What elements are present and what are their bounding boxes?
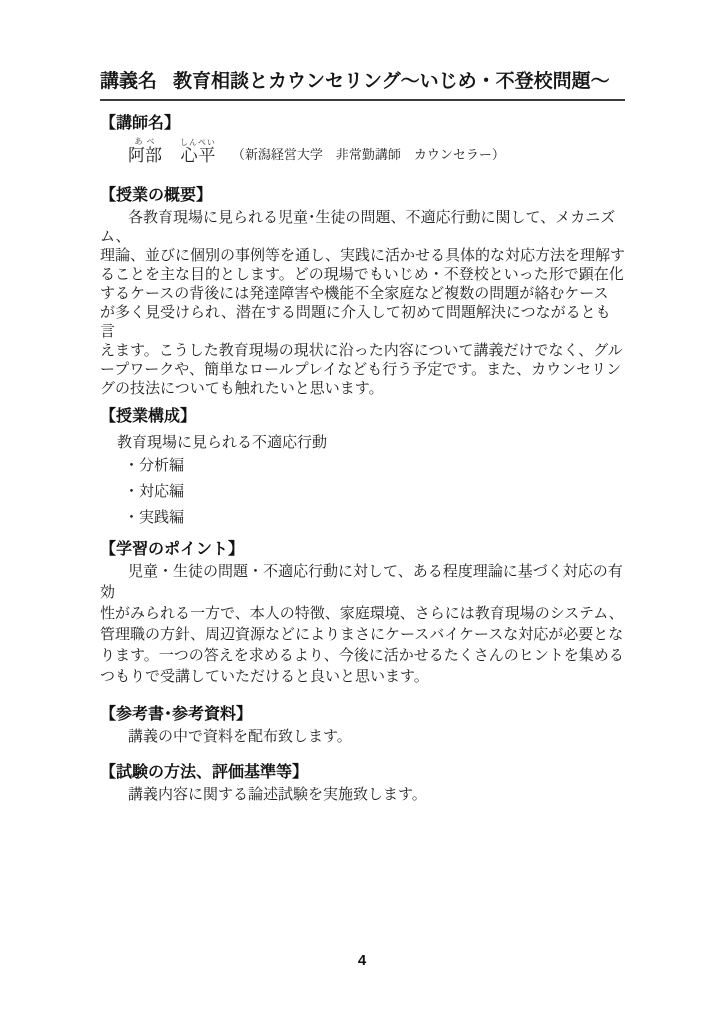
lecturer-affiliation: （新潟経営大学 非常勤講師 カウンセラー） xyxy=(232,146,505,164)
lecturer-given-name: 心平しんぺい xyxy=(180,138,216,164)
list-item: ・対応編 xyxy=(124,479,625,505)
overview-paragraph: 各教育現場に見られる児童･生徒の問題、不適応行動に関して、メカニズム、 理論、並… xyxy=(100,209,625,399)
exam-heading: 【試験の方法、評価基準等】 xyxy=(100,763,625,783)
section-references: 【参考書･参考資料】 講義の中で資料を配布致します。 xyxy=(100,705,625,747)
section-points: 【学習のポイント】 児童・生徒の問題・不適応行動に対して、ある程度理論に基づく対… xyxy=(100,540,625,688)
lecture-title: 教育相談とカウンセリング～いじめ・不登校問題～ xyxy=(173,70,610,94)
lecturer-surname-text: 阿部 xyxy=(128,146,162,165)
lecturer-surname-furigana: あ べ xyxy=(128,137,162,146)
section-structure: 【授業構成】 教育現場に見られる不適応行動 ・分析編 ・対応編 ・実践編 xyxy=(100,407,625,531)
lecturer-given-name-text: 心平 xyxy=(180,146,216,165)
lecture-title-row: 講義名 教育相談とカウンセリング～いじめ・不登校問題～ xyxy=(100,70,625,101)
section-exam: 【試験の方法、評価基準等】 講義内容に関する論述試験を実施致します。 xyxy=(100,763,625,805)
lecturer-given-name-furigana: しんぺい xyxy=(180,138,216,147)
exam-body: 講義内容に関する論述試験を実施致します。 xyxy=(128,785,625,805)
overview-heading: 【授業の概要】 xyxy=(100,186,625,206)
lecturer-surname: 阿部あ べ xyxy=(128,137,162,164)
document-page: 講義名 教育相談とカウンセリング～いじめ・不登校問題～ 【講師名】 阿部あ べ … xyxy=(0,0,724,1024)
points-heading: 【学習のポイント】 xyxy=(100,540,625,560)
lecture-name-label: 講義名 xyxy=(100,70,157,94)
page-number: 4 xyxy=(0,952,724,969)
points-paragraph: 児童・生徒の問題・不適応行動に対して、ある程度理論に基づく対応の有効 性がみられ… xyxy=(100,562,625,688)
list-item: ・分析編 xyxy=(124,453,625,479)
structure-heading: 【授業構成】 xyxy=(100,407,625,427)
references-body: 講義の中で資料を配布致します。 xyxy=(128,727,625,747)
section-overview: 【授業の概要】 各教育現場に見られる児童･生徒の問題、不適応行動に関して、メカニ… xyxy=(100,186,625,399)
structure-list: ・分析編 ・対応編 ・実践編 xyxy=(124,453,625,531)
document-content: 講義名 教育相談とカウンセリング～いじめ・不登校問題～ 【講師名】 阿部あ べ … xyxy=(100,70,625,805)
section-lecturer: 【講師名】 阿部あ べ 心平しんぺい （新潟経営大学 非常勤講師 カウンセラー） xyxy=(100,114,625,164)
lecturer-name-row: 阿部あ べ 心平しんぺい （新潟経営大学 非常勤講師 カウンセラー） xyxy=(128,137,625,164)
lecturer-heading: 【講師名】 xyxy=(100,114,625,134)
list-item: ・実践編 xyxy=(124,505,625,531)
structure-intro: 教育現場に見られる不適応行動 xyxy=(117,433,625,453)
references-heading: 【参考書･参考資料】 xyxy=(100,705,625,725)
